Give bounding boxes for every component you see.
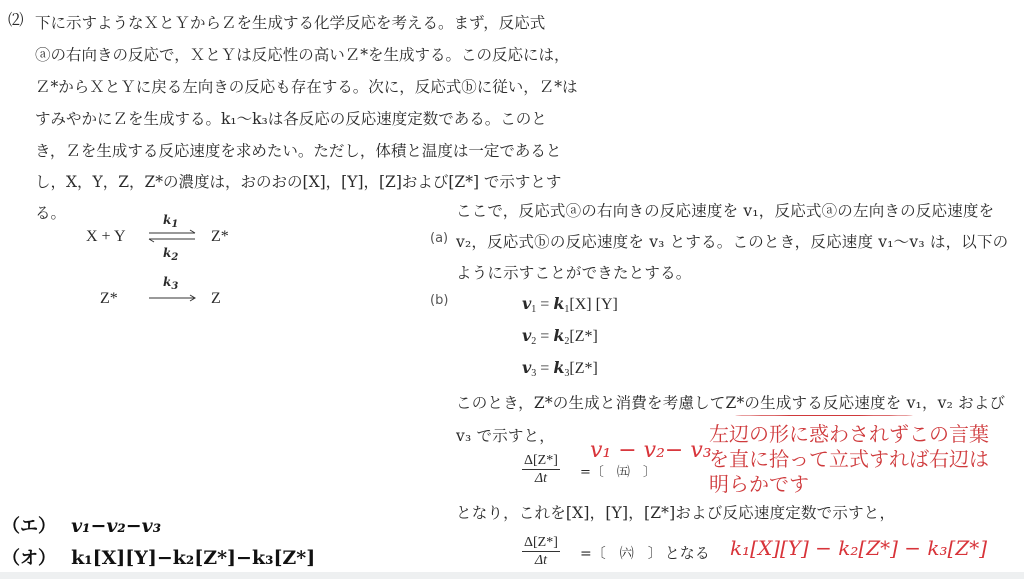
underlined-phrase: Z*の生成する反応速度 (726, 394, 886, 412)
rate-equation-v1: v1 = k1[X] [Y] (522, 294, 618, 315)
problem-line: Ｚ*からＸとＹに戻る左向きの反応も存在する。次に，反応式ⓑに従い，Ｚ*は (35, 75, 578, 97)
problem-line: し，X，Y，Z，Z*の濃度は，おのおの[X]，[Y]，[Z]および[Z*] で示… (35, 170, 561, 192)
handwritten-answer-o: k₁[X][Y] − k₂[Z*] − k₃[Z*] (730, 536, 987, 560)
handwritten-answer-e: v₁ − v₂− v₃ (590, 438, 712, 463)
rate-equation-v2: v2 = k2[Z*] (522, 326, 598, 347)
answer-value: k₁[X][Y]−k₂[Z*]−k₃[Z*] (71, 547, 315, 569)
consider-line: このとき，Z*の生成と消費を考慮してZ*の生成する反応速度を v₁，v₂ および (456, 394, 1005, 412)
reaction-a-label: (a) (430, 231, 448, 246)
problem-line: ⓐの右向きの反応で，ＸとＹは反応性の高いＺ*を生成する。この反応には， (35, 43, 569, 65)
fraction-e: Δ[Z*] Δt (522, 452, 560, 488)
then-line: となり，これを[X]，[Y]，[Z*]および反応速度定数で示すと， (456, 504, 895, 522)
reaction-a-reactants: X + Y (86, 228, 126, 246)
consider-line-2: v₃ で示すと， (456, 427, 555, 445)
comment-line: 左辺の形に惑わされずこの言葉 (709, 422, 989, 447)
fraction-o: Δ[Z*] Δt (522, 534, 560, 570)
answer-label: （オ） (2, 548, 56, 569)
blank-e: =〔 ㈤ 〕 (580, 461, 656, 480)
red-underline (735, 415, 913, 416)
answer-value: v₁−v₂−v₃ (71, 515, 161, 537)
comment-line: 明らかです (709, 472, 989, 497)
answer-e: （エ） v₁−v₂−v₃ (2, 512, 161, 538)
reaction-b-label: (b) (430, 293, 448, 308)
reaction-b-k: k3 (163, 275, 178, 292)
equilibrium-arrow-icon (148, 229, 198, 243)
rate-equation-v3: v3 = k3[Z*] (522, 358, 598, 379)
reaction-a-k-forward: k1 (163, 213, 178, 230)
reaction-a-product: Z* (211, 228, 229, 246)
explanation-line: v₂，反応式ⓑの反応速度を v₃ とする。このとき，反応速度 v₁〜v₃ は，以… (456, 233, 1008, 251)
reaction-b-reactant: Z* (100, 290, 118, 308)
reaction-b-product: Z (211, 290, 221, 308)
bottom-bar (0, 572, 1024, 579)
annotation-comment: 左辺の形に惑わされずこの言葉 を直に拾って立式すれば右辺は 明らかです (709, 422, 989, 497)
problem-line: る。 (35, 201, 66, 223)
problem-line: き，Ｚを生成する反応速度を求めたい。ただし，体積と温度は一定であると (35, 139, 561, 161)
problem-line: すみやかにＺを生成する。k₁〜k₃は各反応の反応速度定数である。このと (35, 107, 547, 129)
forward-arrow-icon (148, 293, 198, 303)
explanation-line: ように示すことができたとする。 (456, 264, 692, 282)
blank-o: =〔 ㈥ 〕となる (580, 542, 710, 563)
explanation-line: ここで，反応式ⓐの右向きの反応速度を v₁，反応式ⓐの左向きの反応速度を (456, 202, 994, 220)
answer-label: （エ） (2, 516, 56, 537)
problem-line: 下に示すようなＸとＹからＺを生成する化学反応を考える。まず，反応式 (35, 11, 545, 33)
reaction-a-k-backward: k2 (163, 246, 178, 263)
answer-o: （オ） k₁[X][Y]−k₂[Z*]−k₃[Z*] (2, 544, 315, 570)
problem-number: ⑵ (8, 11, 24, 29)
comment-line: を直に拾って立式すれば右辺は (709, 447, 989, 472)
